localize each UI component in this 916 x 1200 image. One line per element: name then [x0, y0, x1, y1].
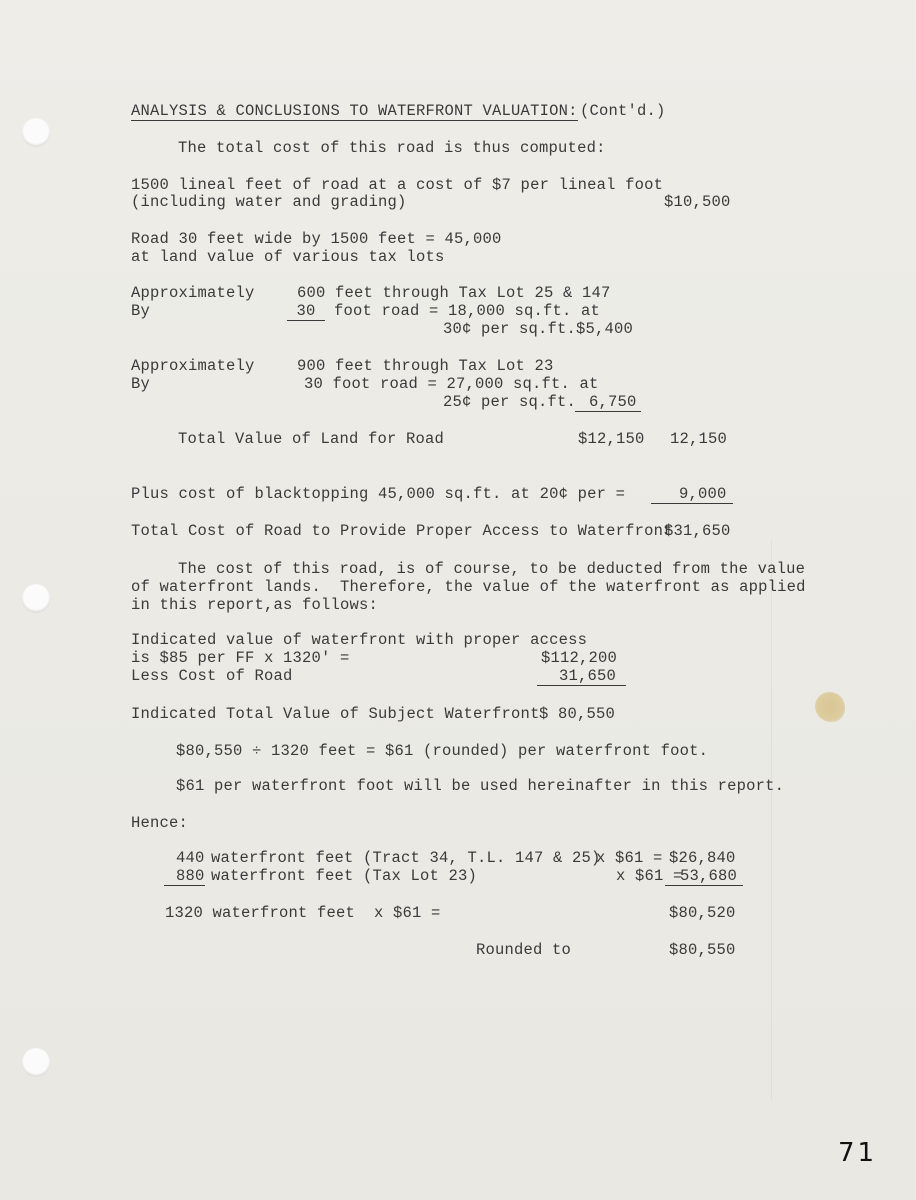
hence-row-feet: 880 [164, 867, 205, 886]
road-total-label: Total Cost of Road to Provide Proper Acc… [131, 522, 673, 540]
hence-total: $80,520 [669, 904, 736, 922]
hence-row-desc: waterfront feet (Tax Lot 23) [211, 867, 477, 885]
document-page: ANALYSIS & CONCLUSIONS TO WATERFRONT VAL… [0, 0, 916, 1200]
indicated-total-label: Indicated Total Value of Subject Waterfr… [131, 705, 540, 723]
lot-b-label2: By [131, 375, 150, 393]
paragraph-line2: of waterfront lands. Therefore, the valu… [131, 578, 806, 596]
punch-hole [22, 584, 50, 612]
page-number: 71 [838, 1138, 877, 1168]
hence-total-label: 1320 waterfront feet x $61 = [165, 904, 441, 922]
road-area-line1: Road 30 feet wide by 1500 feet = 45,000 [131, 230, 502, 248]
paragraph-line3: in this report,as follows: [131, 596, 378, 614]
punch-hole [22, 1048, 50, 1076]
hence-label: Hence: [131, 814, 188, 832]
hence-rounded: $80,550 [669, 941, 736, 959]
heading-suffix: (Cont'd.) [580, 102, 666, 120]
indicated-line3: Less Cost of Road [131, 667, 293, 685]
paragraph-line1: The cost of this road, is of course, to … [178, 560, 805, 578]
indicated-less: 31,650 [537, 667, 626, 686]
lot-b-desc1: 900 feet through Tax Lot 23 [297, 357, 554, 375]
paper-crease [771, 540, 772, 1100]
lot-a-amount: $5,400 [576, 320, 633, 338]
indicated-line1: Indicated value of waterfront with prope… [131, 631, 587, 649]
hence-rounded-label: Rounded to [476, 941, 571, 959]
per-foot-calc: $80,550 ÷ 1320 feet = $61 (rounded) per … [176, 742, 708, 760]
intro-text: The total cost of this road is thus comp… [178, 139, 606, 157]
lot-b-desc3: 25¢ per sq.ft. [443, 393, 576, 411]
punch-hole [22, 118, 50, 146]
land-total-label: Total Value of Land for Road [178, 430, 444, 448]
road-total-amount: $31,650 [664, 522, 731, 540]
land-total-amount: 12,150 [670, 430, 727, 448]
blacktop-label: Plus cost of blacktopping 45,000 sq.ft. … [131, 485, 625, 503]
lot-a-width: 30 [287, 302, 325, 321]
land-total-subtotal: $12,150 [578, 430, 645, 448]
lot-b-amount: 6,750 [575, 393, 641, 412]
hence-row-amount: $26,840 [669, 849, 736, 867]
road-cost-line2: (including water and grading) [131, 193, 407, 211]
lot-b-desc2: 30 foot road = 27,000 sq.ft. at [304, 375, 599, 393]
lot-a-label2: By [131, 302, 150, 320]
hence-row-feet: 440 [176, 849, 205, 867]
hence-row-desc: waterfront feet (Tract 34, T.L. 147 & 25… [211, 849, 601, 867]
road-cost-amount: $10,500 [664, 193, 731, 211]
lot-a-desc1: 600 feet through Tax Lot 25 & 147 [297, 284, 611, 302]
lot-a-desc3: 30¢ per sq.ft. [443, 320, 576, 338]
lot-b-label1: Approximately [131, 357, 255, 375]
indicated-line2: is $85 per FF x 1320' = [131, 649, 350, 667]
blacktop-amount: 9,000 [651, 485, 733, 504]
hence-row-calc: x $61 = [596, 849, 663, 867]
indicated-value: $112,200 [541, 649, 617, 667]
section-heading: ANALYSIS & CONCLUSIONS TO WATERFRONT VAL… [131, 102, 578, 121]
hence-row-amount: 53,680 [665, 867, 743, 886]
paper-stain [815, 692, 845, 722]
road-area-line2: at land value of various tax lots [131, 248, 445, 266]
road-cost-line1: 1500 lineal feet of road at a cost of $7… [131, 176, 663, 194]
per-foot-note: $61 per waterfront foot will be used her… [176, 777, 784, 795]
lot-a-label1: Approximately [131, 284, 255, 302]
lot-a-desc2: foot road = 18,000 sq.ft. at [334, 302, 600, 320]
indicated-total: $ 80,550 [539, 705, 615, 723]
